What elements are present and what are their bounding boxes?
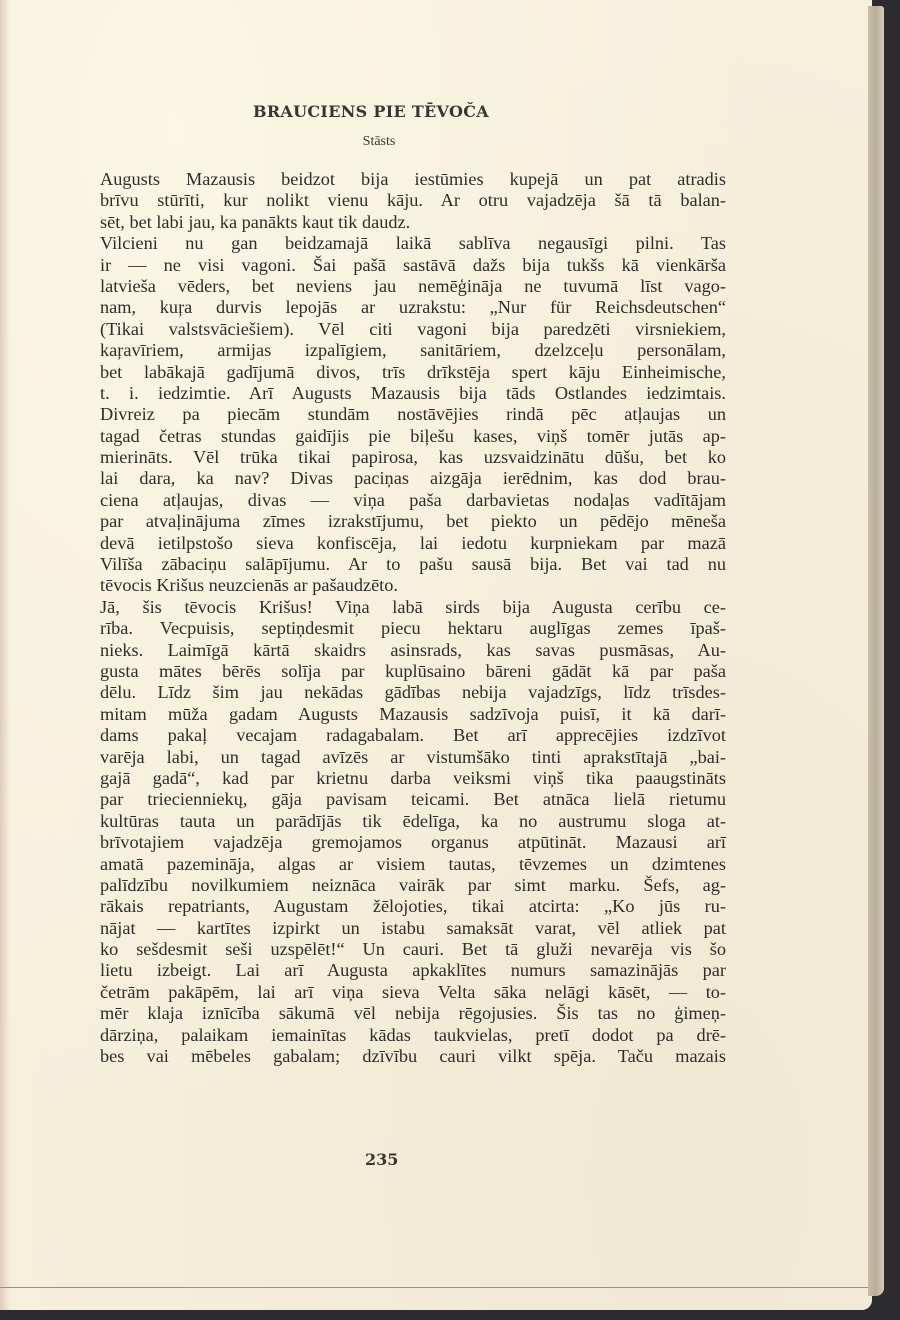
text-line: četrām pakāpēm, lai arī viņa sieva Velta… — [100, 982, 726, 1003]
text-line: (Tikai valstsvāciešiem). Vēl citi vagoni… — [100, 319, 726, 340]
text-line: Vilcieni nu gan beidzamajā laikā sablīva… — [100, 233, 726, 254]
text-line: nājat — kartītes izpirkt un istabu samak… — [100, 918, 726, 939]
text-line: lietu izbeigt. Lai arī Augusta apkaklīte… — [100, 960, 726, 981]
text-line: lai dara, ka nav? Divas paciņas aizgāja … — [100, 468, 726, 489]
text-line: Jā, šis tēvocis Krišus! Viņa labā sirds … — [100, 597, 726, 618]
page-bottom-edge — [0, 1287, 872, 1288]
text-line: mierināts. Vēl trūka tikai papirosa, kas… — [100, 447, 726, 468]
text-line: Divreiz pa piecām stundām nostāvējies ri… — [100, 404, 726, 425]
text-line: par atvaļinājuma zīmes izrakstījumu, bet… — [100, 511, 726, 532]
text-line: ir — ne visi vagoni. Šai pašā sastāvā da… — [100, 255, 726, 276]
text-line: dārziņa, palaikam iemainītas kādas taukv… — [100, 1025, 726, 1046]
page-right-edge — [868, 6, 884, 1296]
text-line: nam, kuŗa durvis lepojās ar uzrakstu: „N… — [100, 297, 726, 318]
text-line: mēr klaja iznīcība sākumā vēl nebija rēg… — [100, 1003, 726, 1024]
text-line: par triecienniekų, gāja pavisam teicami.… — [100, 789, 726, 810]
text-line: palīdzību novilkumiem neiznāca vairāk pa… — [100, 875, 726, 896]
text-line: amatā pazemināja, algas ar visiem tautas… — [100, 854, 726, 875]
text-line: bes vai mēbeles gabalam; dzīvību cauri v… — [100, 1046, 726, 1067]
text-line: bet labākajā gadījumā divos, trīs drīkst… — [100, 362, 726, 383]
text-line: brīvotajiem vajadzēja gremojamos organus… — [100, 832, 726, 853]
story-title: BRAUCIENS PIE TĒVOČA — [0, 102, 742, 121]
text-line: rība. Vecpuisis, septiņdesmit piecu hekt… — [100, 618, 726, 639]
text-line: nieks. Laimīgā kārtā skaidrs asinsrads, … — [100, 640, 726, 661]
text-line: mitam mūža gadam Augusts Mazausis sadzīv… — [100, 704, 726, 725]
text-line: devā ietilpstošo sieva konfiscēja, lai i… — [100, 533, 726, 554]
text-line: kultūras tauta un parādījās tik ēdelīga,… — [100, 811, 726, 832]
text-line: kaŗavīriem, armijas izpalīgiem, sanitāri… — [100, 340, 726, 361]
text-line: Augusts Mazausis beidzot bija iestūmies … — [100, 169, 726, 190]
text-line: varēja labi, un tagad avīzēs ar vistumšā… — [100, 747, 726, 768]
text-line: Vilīša zābaciņu salāpījumu. Ar to pašu s… — [100, 554, 726, 575]
text-line: latvieša vēders, bet neviens jau nemēģin… — [100, 276, 726, 297]
story-subtitle: Stāsts — [0, 134, 758, 150]
text-line: tēvocis Krišus neuzcienās ar pašaudzēto. — [100, 575, 726, 596]
text-line: tagad četras stundas gaidījis pie biļešu… — [100, 426, 726, 447]
text-line: dēlu. Līdz šim jau nekādas gādības nebij… — [100, 682, 726, 703]
text-line: t. i. iedzimtie. Arī Augusts Mazausis bi… — [100, 383, 726, 404]
text-line: ciena atļaujas, divas — viņa paša darbav… — [100, 490, 726, 511]
text-line: gajā gadā“, kad par krietnu darba veiksm… — [100, 768, 726, 789]
text-line: gusta mātes bērēs solīja par kuplūsaino … — [100, 661, 726, 682]
text-line: brīvu stūrīti, kur nolikt vienu kāju. Ar… — [100, 190, 726, 211]
text-line: sēt, bet labi jau, ka panākts kaut tik d… — [100, 212, 726, 233]
story-body: Augusts Mazausis beidzot bija iestūmies … — [100, 169, 726, 1067]
text-line: dams pakaļ vecajam radagabalam. Bet arī … — [100, 725, 726, 746]
page-gutter-shadow — [0, 0, 10, 1310]
book-page: BRAUCIENS PIE TĒVOČA Stāsts Augusts Maza… — [0, 0, 872, 1310]
text-line: ko sešdesmit seši uzspēlēt!“ Un cauri. B… — [100, 939, 726, 960]
page-number: 235 — [365, 1150, 398, 1169]
text-line: rākais repatriants, Augustam žēlojoties,… — [100, 896, 726, 917]
